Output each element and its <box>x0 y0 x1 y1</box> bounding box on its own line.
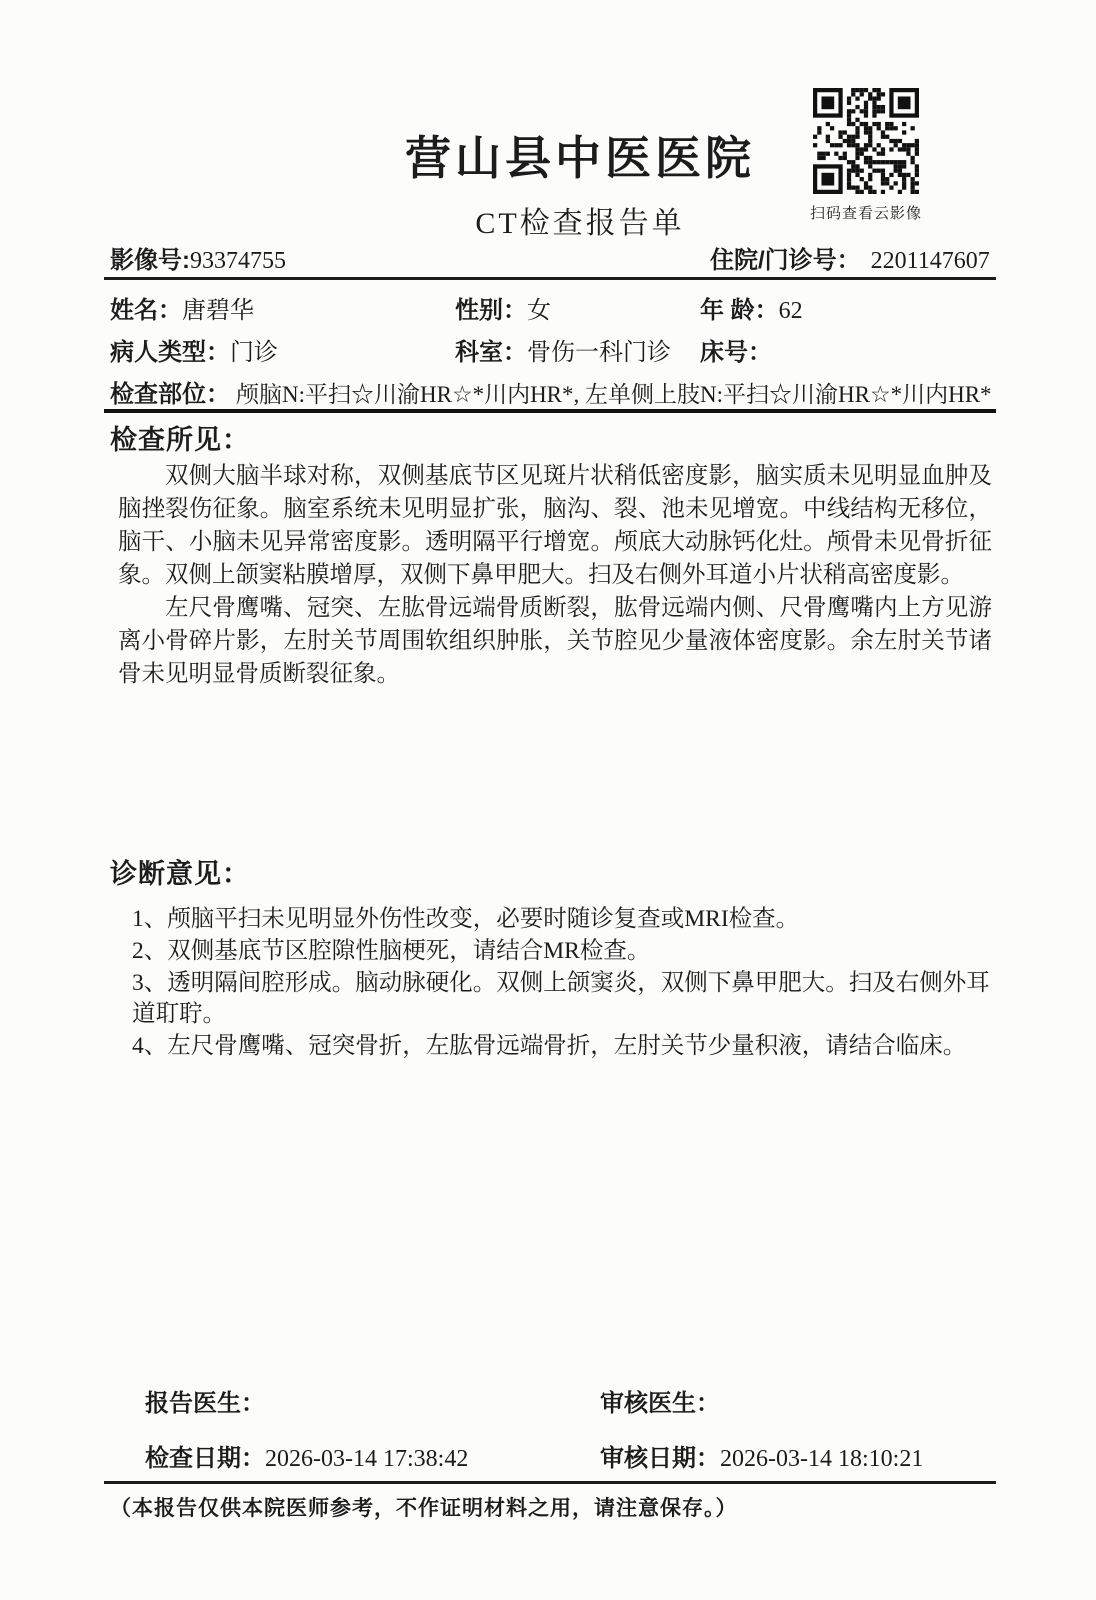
exam-site-label: 检查部位： <box>110 381 230 408</box>
findings-paragraph-2: 左尺骨鹰嘴、冠突、左肱骨远端骨质断裂，肱骨远端内侧、尺骨鹰嘴内上方见游离小骨碎片… <box>118 592 992 691</box>
review-doctor-label: 审核医生： <box>600 1390 720 1417</box>
name-value: 唐碧华 <box>182 298 254 324</box>
hospital-name: 营山县中医医院 <box>300 122 860 188</box>
name-label: 姓名： <box>110 297 182 324</box>
row-type-dept-bed: 病人类型：门诊 科室：骨伤一科门诊 床号： <box>110 332 988 367</box>
department-label: 科室： <box>455 339 527 366</box>
department-value: 骨伤一科门诊 <box>527 340 671 366</box>
exam-date-label: 检查日期： <box>145 1445 265 1472</box>
ct-report-page: 营山县中医医院 CT检查报告单 扫码查看云影像 影像号:93374755 住院/… <box>0 0 1096 1600</box>
divider-line-2 <box>104 409 996 413</box>
report-title: CT检查报告单 <box>300 198 860 242</box>
findings-body: 双侧大脑半球对称，双侧基底节区见斑片状稍低密度影，脑实质未见明显血肿及脑挫裂伤征… <box>118 460 992 691</box>
row-dates: 检查日期：2026-03-14 17:38:42 审核日期：2026-03-14… <box>145 1438 996 1473</box>
diagnosis-item-3: 3、透明隔间腔形成。脑动脉硬化。双侧上颌窦炎，双侧下鼻甲肥大。扫及右侧外耳道耵聍… <box>132 968 994 1030</box>
findings-heading: 检查所见： <box>110 418 250 457</box>
patient-type-label: 病人类型： <box>110 339 230 366</box>
image-no-value: 93374755 <box>190 248 286 274</box>
row-name-gender-age: 姓名：唐碧华 性别：女 年 龄：62 <box>110 290 988 325</box>
age-label: 年 龄： <box>700 297 779 324</box>
footer-note: （本报告仅供本院医师参考，不作证明材料之用，请注意保存。） <box>110 1492 990 1522</box>
qr-caption: 扫码查看云影像 <box>808 202 924 223</box>
exam-site-value: 颅脑N:平扫☆川渝HR☆*川内HR*, 左单侧上肢N:平扫☆川渝HR☆*川内HR… <box>236 382 992 407</box>
row-image-visit-no: 影像号:93374755 住院/门诊号：2201147607 <box>110 240 988 275</box>
report-doctor-label: 报告医生： <box>145 1390 265 1417</box>
row-exam-site: 检查部位： 颅脑N:平扫☆川渝HR☆*川内HR*, 左单侧上肢N:平扫☆川渝HR… <box>110 374 988 409</box>
image-no-label: 影像号: <box>110 247 190 274</box>
findings-paragraph-1: 双侧大脑半球对称，双侧基底节区见斑片状稍低密度影，脑实质未见明显血肿及脑挫裂伤征… <box>118 460 992 592</box>
diagnosis-list: 1、颅脑平扫未见明显外伤性改变，必要时随诊复查或MRI检查。 2、双侧基底节区腔… <box>132 904 994 1063</box>
diagnosis-heading: 诊断意见： <box>110 852 250 891</box>
bed-no-label: 床号： <box>700 339 772 366</box>
divider-line-3 <box>104 1481 996 1484</box>
review-date-label: 审核日期： <box>600 1445 720 1472</box>
visit-no-value: 2201147607 <box>871 248 990 274</box>
diagnosis-item-1: 1、颅脑平扫未见明显外伤性改变，必要时随诊复查或MRI检查。 <box>132 904 994 935</box>
visit-no-label: 住院/门诊号： <box>710 247 861 274</box>
gender-label: 性别： <box>455 297 527 324</box>
diagnosis-item-2: 2、双侧基底节区腔隙性脑梗死，请结合MR检查。 <box>132 936 994 967</box>
gender-value: 女 <box>527 298 551 324</box>
divider-line-1 <box>104 277 996 280</box>
age-value: 62 <box>779 298 803 324</box>
exam-date-value: 2026-03-14 17:38:42 <box>265 1446 468 1472</box>
qr-block: 扫码查看云影像 <box>808 88 924 223</box>
qr-code-icon <box>813 88 919 194</box>
row-doctors: 报告医生： 审核医生： <box>145 1383 996 1418</box>
diagnosis-item-4: 4、左尺骨鹰嘴、冠突骨折，左肱骨远端骨折，左肘关节少量积液，请结合临床。 <box>132 1031 994 1062</box>
patient-type-value: 门诊 <box>230 340 278 366</box>
review-date-value: 2026-03-14 18:10:21 <box>720 1446 923 1472</box>
